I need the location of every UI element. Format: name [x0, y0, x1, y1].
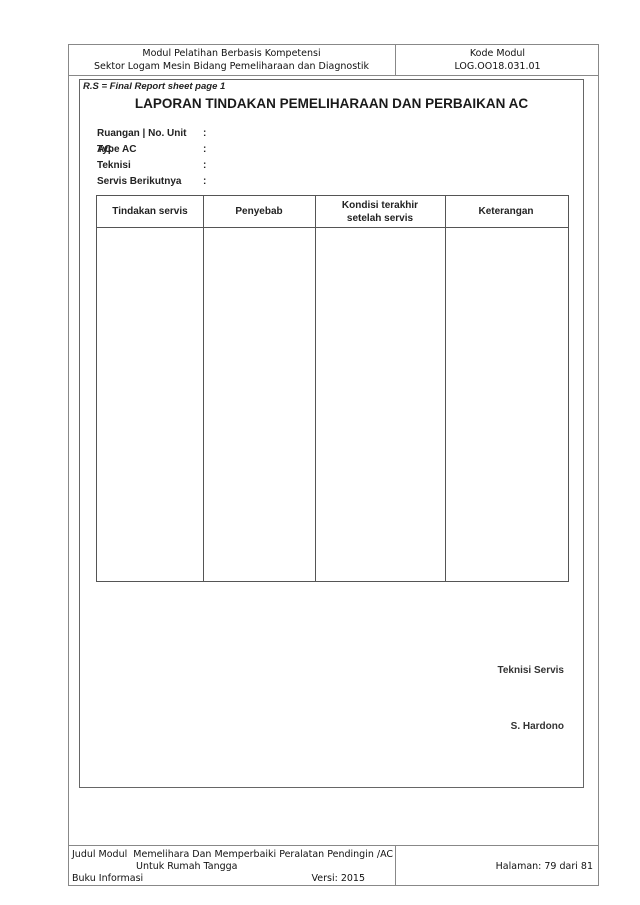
service-table: Tindakan servis Penyebab Kondisi terakhi… — [96, 195, 569, 582]
module-title: Modul Pelatihan Berbasis Kompetensi — [68, 47, 395, 60]
page-header: Modul Pelatihan Berbasis Kompetensi Sekt… — [68, 44, 599, 76]
column-header-cause: Penyebab — [203, 196, 315, 227]
column-divider — [203, 196, 204, 581]
footer-module-info: Judul Modul Memelihara Dan Memperbaiki P… — [68, 846, 396, 886]
footer-page-number: Halaman: 79 dari 81 — [396, 846, 599, 886]
field-technician: Teknisi : — [97, 158, 206, 174]
field-separator: : — [203, 174, 206, 190]
page-footer: Judul Modul Memelihara Dan Memperbaiki P… — [68, 845, 599, 886]
field-type-ac: Type AC : — [97, 142, 206, 158]
footer-title-line1: Memelihara Dan Memperbaiki Peralatan Pen… — [133, 849, 393, 860]
field-label: Ruangan | No. Unit AC — [97, 126, 203, 142]
column-header-condition: Kondisi terakhir setelah servis — [315, 196, 445, 227]
field-separator: : — [203, 142, 206, 158]
column-divider — [445, 196, 446, 581]
column-header-action: Tindakan servis — [97, 196, 203, 227]
header-divider — [97, 227, 568, 228]
field-separator: : — [203, 126, 206, 142]
footer-book: Buku Informasi — [72, 873, 143, 885]
field-label: Servis Berikutnya — [97, 174, 203, 190]
field-separator: : — [203, 158, 206, 174]
footer-version: Versi: 2015 — [312, 873, 366, 885]
module-code: Kode Modul LOG.OO18.031.01 — [396, 44, 599, 75]
report-title: LAPORAN TINDAKAN PEMELIHARAAN DAN PERBAI… — [80, 96, 583, 111]
footer-title-label: Judul Modul — [72, 849, 127, 860]
module-info: Modul Pelatihan Berbasis Kompetensi Sekt… — [68, 44, 396, 75]
column-header-notes: Keterangan — [445, 196, 567, 227]
footer-title-line2: Untuk Rumah Tangga — [72, 861, 395, 873]
module-code-value: LOG.OO18.031.01 — [396, 60, 599, 73]
field-label: Teknisi — [97, 158, 203, 174]
field-label: Type AC — [97, 142, 203, 158]
module-code-label: Kode Modul — [396, 47, 599, 60]
field-room-unit: Ruangan | No. Unit AC : — [97, 126, 206, 142]
signature-role: Teknisi Servis — [497, 665, 564, 676]
column-divider — [315, 196, 316, 581]
field-next-service: Servis Berikutnya : — [97, 174, 206, 190]
signature-name: S. Hardono — [511, 721, 564, 732]
sheet-note: R.S = Final Report sheet page 1 — [83, 81, 225, 92]
report-fields: Ruangan | No. Unit AC : Type AC : Teknis… — [97, 126, 206, 190]
report-sheet: R.S = Final Report sheet page 1 LAPORAN … — [79, 79, 584, 788]
module-sector: Sektor Logam Mesin Bidang Pemeliharaan d… — [68, 60, 395, 73]
